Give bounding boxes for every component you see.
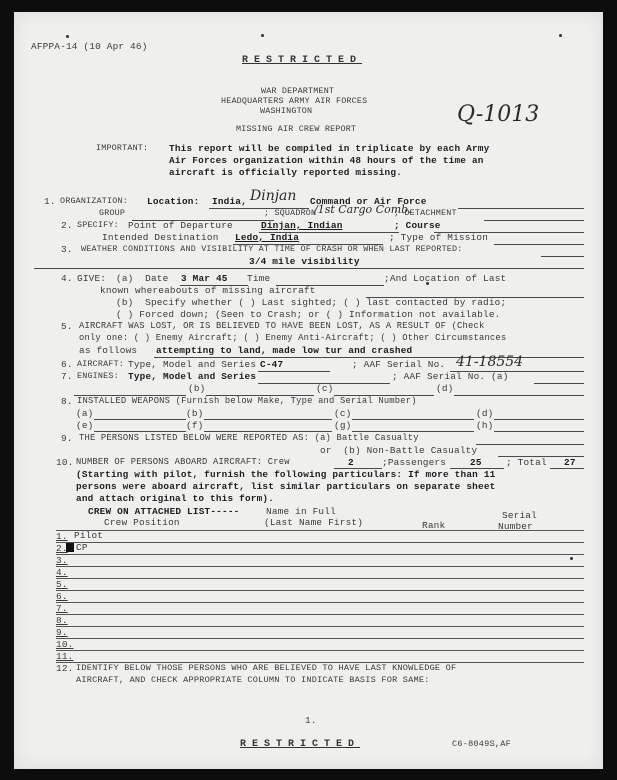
item4-b-line-2: ( ) Forced down; (Seen to Crash; or ( ) … <box>116 309 501 320</box>
item4-b-line: (b) Specify whether ( ) Last sighted; ( … <box>116 297 506 308</box>
item10-passengers-label: ;Passengers <box>382 457 446 468</box>
item1-number: 1. <box>44 196 56 207</box>
item12-line-1: IDENTIFY BELOW THOSE PERSONS WHO ARE BEL… <box>76 663 456 674</box>
row-number: 10. <box>56 639 73 650</box>
row-number: 8. <box>56 615 68 626</box>
item5-line-1: AIRCRAFT WAS LOST, OR IS BELIEVED TO HAV… <box>79 321 484 332</box>
item1-location-handwritten: Dinjan <box>250 188 296 204</box>
row-number: 5. <box>56 579 68 590</box>
important-line-1: This report will be compiled in triplica… <box>169 143 489 154</box>
item5-number: 5. <box>61 321 73 332</box>
page-number: 1. <box>305 715 317 726</box>
important-line-3: aircraft is officially reported missing. <box>169 167 402 178</box>
item7-serial-label: ; AAF Serial No. (a) <box>392 371 509 382</box>
item5-follows-label: as follows <box>79 345 137 356</box>
row-position[interactable]: CP <box>76 542 88 553</box>
item10-instr-2: persons were aboard aircraft, list simil… <box>76 481 495 492</box>
row-number: 7. <box>56 603 68 614</box>
item6-serial-label: ; AAF Serial No. <box>352 359 445 370</box>
item8-slot-b: (b) <box>186 408 203 419</box>
item6-number: 6. <box>61 359 73 370</box>
item6-type-label: Type, Model and Series <box>128 359 256 370</box>
item7-type-label: Type, Model and Series <box>128 371 256 382</box>
item5-line-2: only one: ( ) Enemy Aircraft; ( ) Enemy … <box>79 333 506 344</box>
item8-slot-d: (d) <box>476 408 493 419</box>
item7-number: 7. <box>61 371 73 382</box>
item2-destination-label: Intended Destination <box>102 232 219 243</box>
item7-label: ENGINES: <box>77 371 119 382</box>
row-number: 11. <box>56 651 73 662</box>
item4-location-label: ;And Location of Last <box>384 273 506 284</box>
item4-label: GIVE: <box>77 273 106 284</box>
important-line-2: Air Forces organization within 48 hours … <box>169 155 484 166</box>
row-number: 3. <box>56 555 68 566</box>
item2-destination-value[interactable]: Ledo, India <box>235 232 299 243</box>
item1-location-value[interactable]: India, <box>212 196 247 207</box>
item4-known-label: known whereabouts of missing aircraft <box>100 285 316 296</box>
speck <box>570 557 573 560</box>
item4-date-label: (a) Date <box>116 273 168 284</box>
item8-slot-c: (c) <box>334 408 351 419</box>
row-number: 9. <box>56 627 68 638</box>
speck <box>261 34 264 37</box>
agency-line-2: HEADQUARTERS ARMY AIR FORCES <box>221 96 367 106</box>
important-label: IMPORTANT: <box>96 143 148 154</box>
item9-label: THE PERSONS LISTED BELOW WERE REPORTED A… <box>79 433 419 444</box>
item2-label: SPECIFY: <box>77 220 119 231</box>
item8-slot-g: (g) <box>334 420 351 431</box>
item6-label: AIRCRAFT: <box>77 359 124 370</box>
item1-location-label: Location: <box>147 196 199 207</box>
item4-number: 4. <box>61 273 73 284</box>
row-number: 6. <box>56 591 68 602</box>
item8-slot-f: (f) <box>186 420 203 431</box>
item3-number: 3. <box>61 244 73 255</box>
speck <box>559 34 562 37</box>
form-number: AFPPA-14 (10 Apr 46) <box>31 41 148 52</box>
header-name-top: Name in Full <box>266 506 336 517</box>
item6-serial-handwritten: 41-18554 <box>456 354 523 370</box>
item12-line-2: AIRCRAFT, AND CHECK APPROPRIATE COLUMN T… <box>76 675 430 686</box>
item10-number: 10. <box>56 457 73 468</box>
item9-number: 9. <box>61 433 73 444</box>
item3-value[interactable]: 3/4 mile visibility <box>249 256 360 267</box>
header-position: Crew Position <box>104 517 180 528</box>
report-page: AFPPA-14 (10 Apr 46) RESTRICTED WAR DEPA… <box>14 12 603 769</box>
speck <box>426 282 429 285</box>
item2-departure-label: Point of Departure <box>128 220 233 231</box>
item2-mission-label: ; Type of Mission <box>389 232 488 243</box>
item1-group-label: GROUP <box>99 208 125 219</box>
item1-squadron-label: ; SQUADRON <box>264 208 316 219</box>
item1-detachment-label: ; DETACHMENT <box>394 208 457 219</box>
print-code: C6-8049S,AF <box>452 739 511 750</box>
header-name-bottom: (Last Name First) <box>264 517 363 528</box>
row-number: 4. <box>56 567 68 578</box>
item8-slot-h: (h) <box>476 420 493 431</box>
item10-total-value[interactable]: 27 <box>564 457 576 468</box>
report-title: MISSING AIR CREW REPORT <box>236 124 356 135</box>
case-number-handwritten: Q-1013 <box>457 102 539 127</box>
item3-label: WEATHER CONDITIONS AND VISIBILITY AT TIM… <box>81 244 463 255</box>
item8-number: 8. <box>61 396 73 407</box>
item7-c-label: (c) <box>316 383 333 394</box>
item10-instr-1: (Starting with pilot, furnish the follow… <box>76 469 495 480</box>
item10-instr-3: and attach original to this form). <box>76 493 274 504</box>
agency-line-3: WASHINGTON <box>260 106 312 116</box>
item1-label: ORGANIZATION: <box>60 196 128 207</box>
item10-label: NUMBER OF PERSONS ABOARD AIRCRAFT: Crew <box>76 457 290 468</box>
item10-total-label: ; Total <box>506 457 547 468</box>
row-position[interactable]: Pilot <box>74 530 103 541</box>
item7-d-label: (d) <box>436 383 453 394</box>
item6-type-value[interactable]: C-47 <box>260 359 283 370</box>
item2-course-label: ; Course <box>394 220 441 231</box>
item2-number: 2. <box>61 220 73 231</box>
item10-passengers-value[interactable]: 25 <box>470 457 482 468</box>
classification-top: RESTRICTED <box>242 55 362 66</box>
header-serial-top: Serial <box>502 510 537 521</box>
item8-slot-a: (a) <box>76 408 93 419</box>
item4-time-label: Time <box>247 273 270 284</box>
item2-departure-value[interactable]: Dinjan, Indian <box>261 220 343 231</box>
row-number: 1. <box>56 531 68 542</box>
item9-label-2: or (b) Non-Battle Casualty <box>320 445 477 456</box>
item7-b-label: (b) <box>188 383 205 394</box>
speck <box>66 35 69 38</box>
item8-label: INSTALLED WEAPONS (Furnish below Make, T… <box>77 396 417 407</box>
item10-crew-value[interactable]: 2 <box>348 457 354 468</box>
ink-blot <box>66 543 74 552</box>
crew-attached-note: CREW ON ATTACHED LIST----- <box>88 506 239 517</box>
item12-number: 12. <box>56 663 73 674</box>
item5-follows-value[interactable]: attempting to land, made low tur and cra… <box>156 345 412 356</box>
agency-line-1: WAR DEPARTMENT <box>261 86 334 96</box>
item8-slot-e: (e) <box>76 420 93 431</box>
classification-bottom: RESTRICTED <box>240 739 360 750</box>
item4-date-value[interactable]: 3 Mar 45 <box>181 273 228 284</box>
